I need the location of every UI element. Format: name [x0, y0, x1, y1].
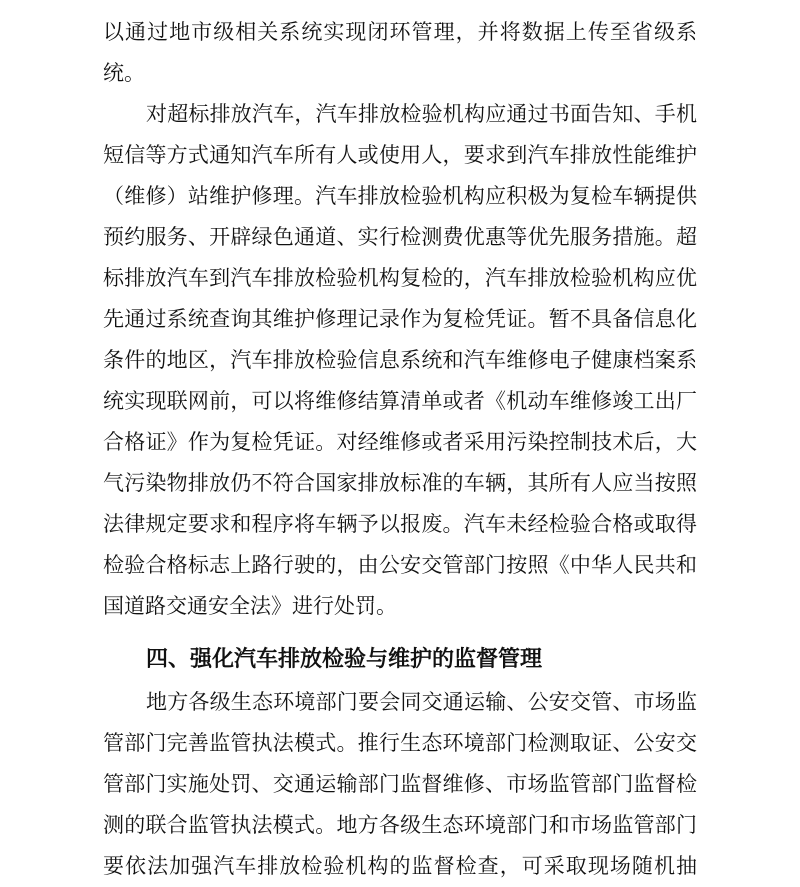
text-line: 先通过系统查询其维护修理记录作为复检凭证。暂不具备信息化: [103, 299, 697, 340]
text-line: 法律规定要求和程序将车辆予以报废。汽车未经检验合格或取得: [103, 504, 697, 545]
text-line: 统实现联网前，可以将维修结算清单或者《机动车维修竣工出厂: [103, 381, 697, 422]
text-line: 预约服务、开辟绿色通道、实行检测费优惠等优先服务措施。超: [103, 217, 697, 258]
text-line: 要依法加强汽车排放检验机构的监督检查，可采取现场随机抽: [103, 846, 697, 887]
paragraph-continuation: 以通过地市级相关系统实现闭环管理，并将数据上传至省级系 统。: [103, 12, 697, 94]
text-line: 管部门完善监管执法模式。推行生态环境部门检测取证、公安交: [103, 723, 697, 764]
paragraph-supervision: 地方各级生态环境部门要会同交通运输、公安交管、市场监 管部门完善监管执法模式。推…: [103, 682, 697, 887]
text-line: 管部门实施处罚、交通运输部门监督维修、市场监管部门监督检: [103, 764, 697, 805]
paragraph-overlimit-vehicles: 对超标排放汽车，汽车排放检验机构应通过书面告知、手机 短信等方式通知汽车所有人或…: [103, 94, 697, 627]
text-line: 国道路交通安全法》进行处罚。: [103, 586, 697, 627]
text-line: 合格证》作为复检凭证。对经维修或者采用污染控制技术后，大: [103, 422, 697, 463]
text-line: 气污染物排放仍不符合国家排放标准的车辆，其所有人应当按照: [103, 463, 697, 504]
text-line: 对超标排放汽车，汽车排放检验机构应通过书面告知、手机: [103, 94, 697, 135]
text-line: 检验合格标志上路行驶的，由公安交管部门按照《中华人民共和: [103, 545, 697, 586]
text-line: 标排放汽车到汽车排放检验机构复检的，汽车排放检验机构应优: [103, 258, 697, 299]
text-line: （维修）站维护修理。汽车排放检验机构应积极为复检车辆提供: [103, 176, 697, 217]
text-line: 测的联合监管执法模式。地方各级生态环境部门和市场监管部门: [103, 805, 697, 846]
text-line: 地方各级生态环境部门要会同交通运输、公安交管、市场监: [103, 682, 697, 723]
document-page: 以通过地市级相关系统实现闭环管理，并将数据上传至省级系 统。 对超标排放汽车，汽…: [0, 0, 800, 887]
text-line: 条件的地区，汽车排放检验信息系统和汽车维修电子健康档案系: [103, 340, 697, 381]
section-heading: 四、强化汽车排放检验与维护的监督管理: [103, 638, 697, 679]
text-line: 统。: [103, 53, 697, 94]
text-line: 短信等方式通知汽车所有人或使用人，要求到汽车排放性能维护: [103, 135, 697, 176]
text-line: 以通过地市级相关系统实现闭环管理，并将数据上传至省级系: [103, 12, 697, 53]
